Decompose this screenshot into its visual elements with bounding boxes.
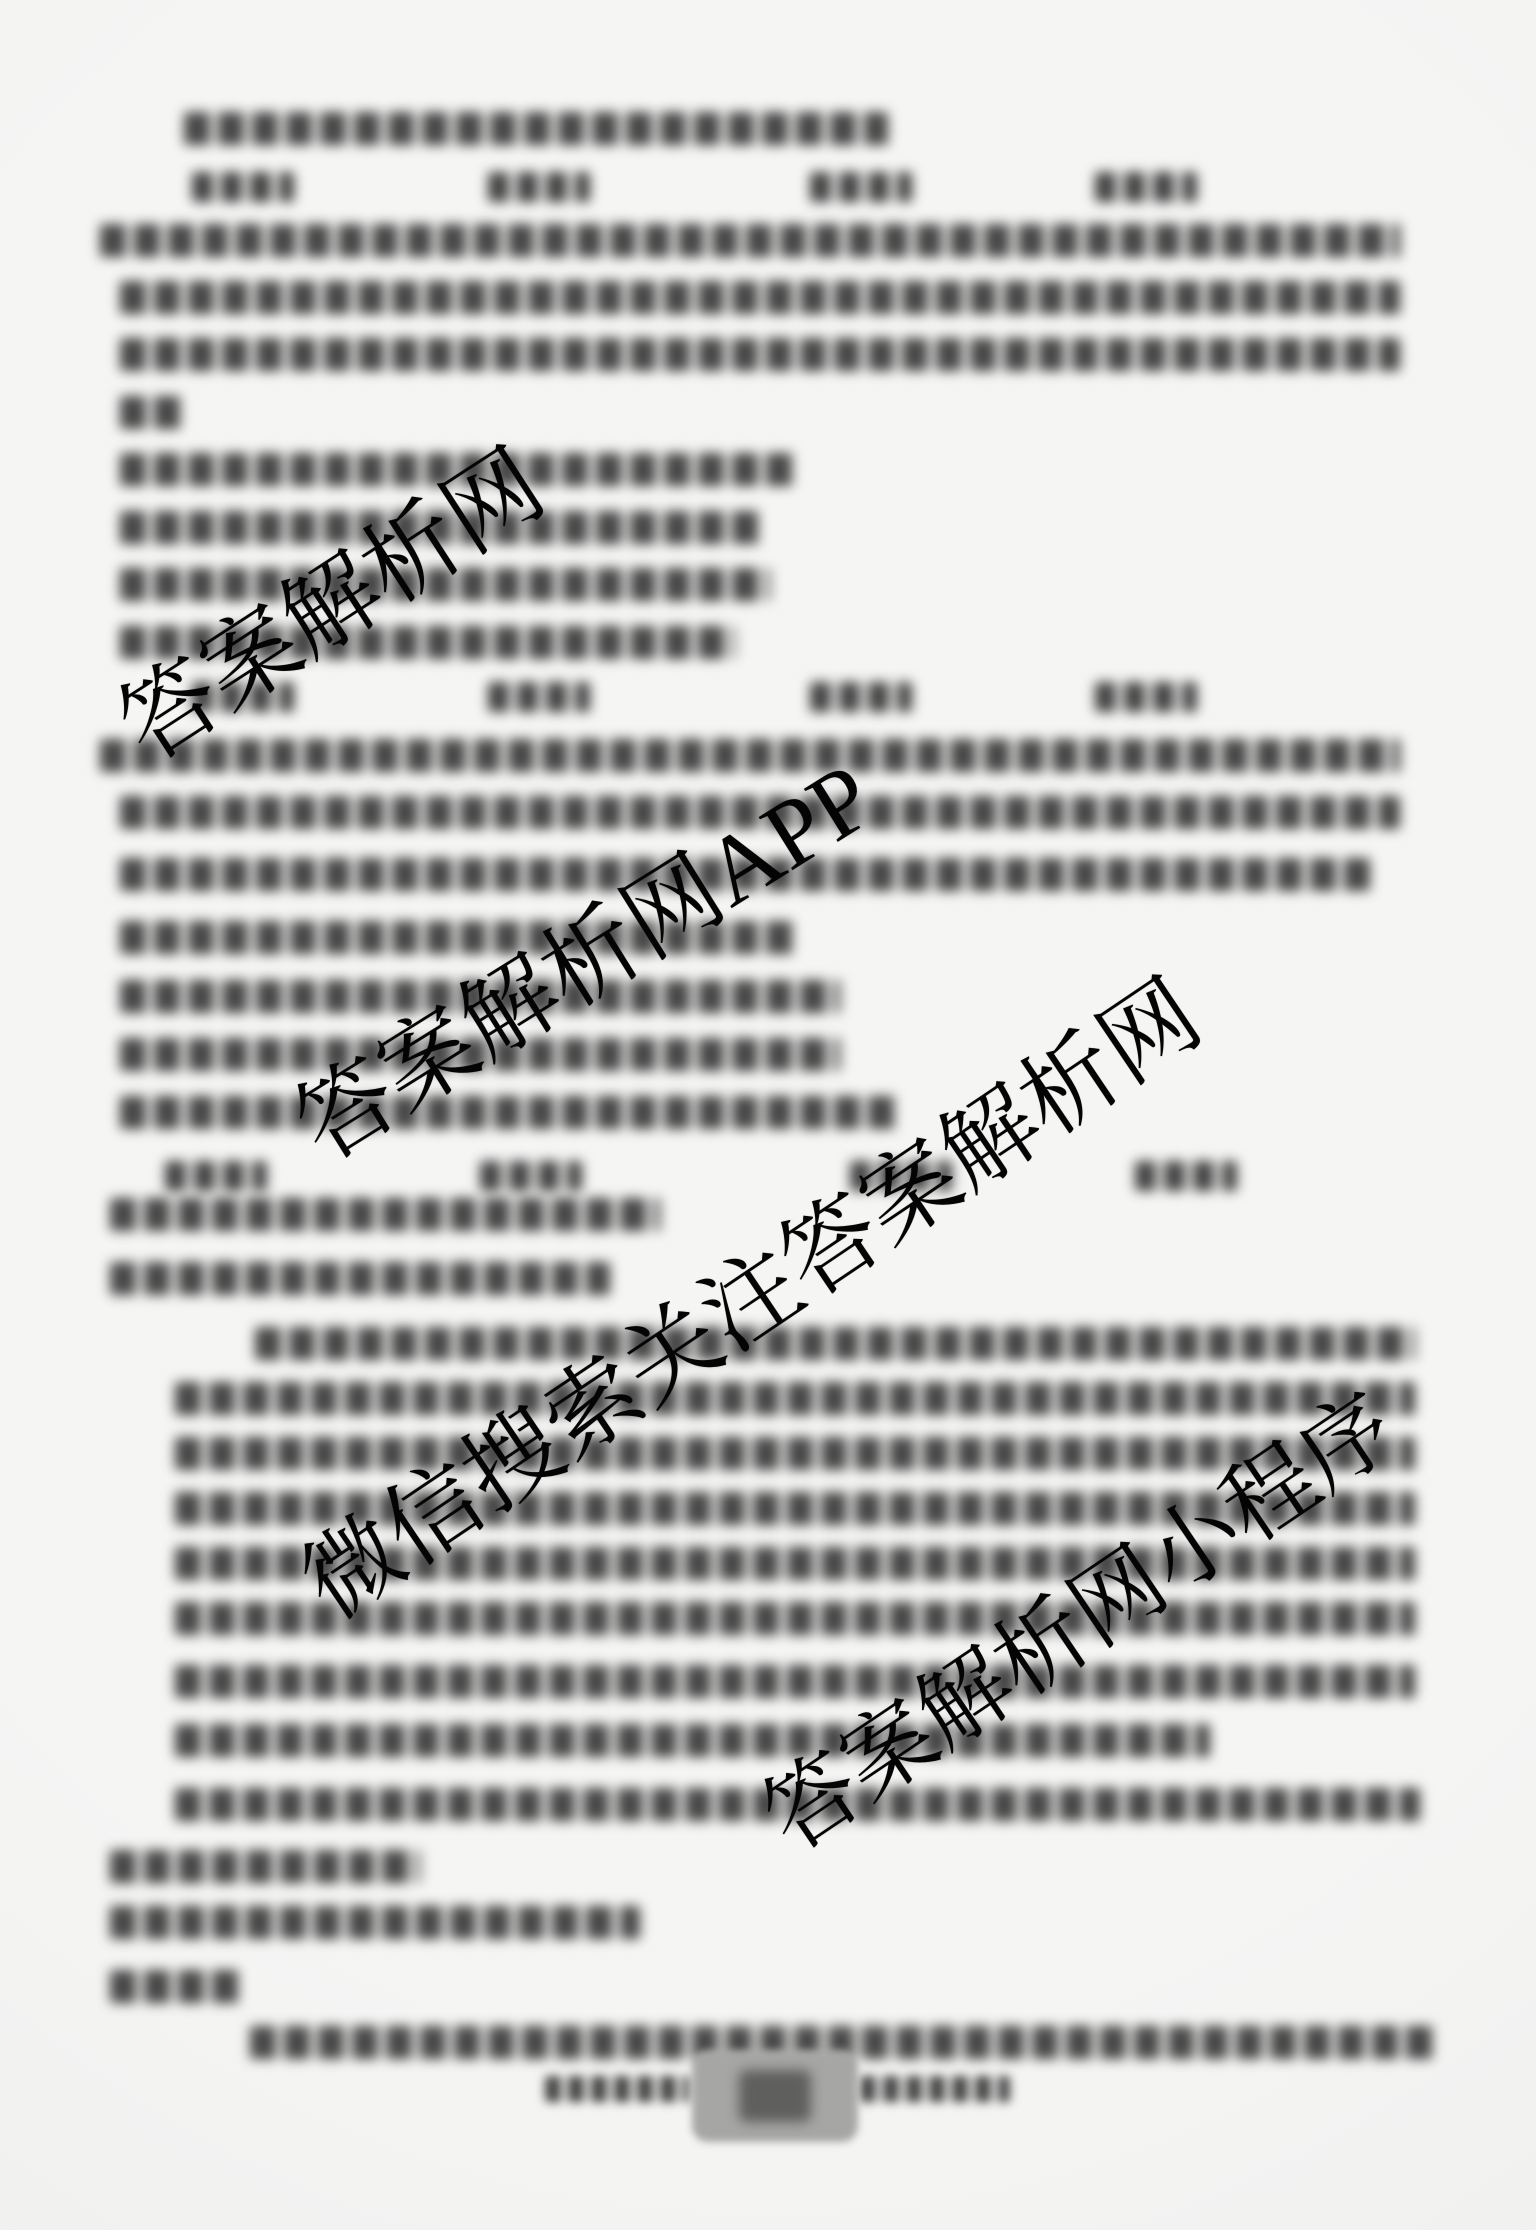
blurred-footer-text — [860, 2076, 1010, 2102]
blurred-option-group — [810, 682, 912, 712]
blurred-text-line — [110, 1970, 240, 2003]
blurred-text-line — [100, 224, 1400, 257]
blurred-option-group — [488, 682, 590, 712]
blurred-text-line — [120, 1096, 900, 1129]
blurred-option-group — [165, 1161, 267, 1191]
blurred-text-line — [120, 338, 1400, 371]
watermark-site: 答案解析网 — [105, 435, 560, 777]
exam-page-photo: 答案解析网答案解析网APP微信搜索关注答案解析网答案解析网小程序 — [0, 0, 1536, 2230]
blurred-text-line — [175, 1382, 1415, 1415]
blurred-text-line — [110, 1850, 420, 1883]
blurred-text-line — [184, 112, 888, 145]
blurred-option-group — [1095, 172, 1197, 202]
blurred-option-group — [810, 172, 912, 202]
blurred-option-group — [1095, 682, 1197, 712]
blurred-text-line — [175, 1665, 1415, 1698]
blurred-option-group — [480, 1161, 582, 1191]
blurred-text-line — [120, 396, 184, 429]
blurred-text-line — [100, 739, 1400, 772]
blurred-option-group — [192, 172, 294, 202]
blurred-text-line — [110, 1906, 640, 1939]
blurred-option-group — [1135, 1161, 1237, 1191]
blurred-text-line — [255, 1327, 1415, 1360]
blurred-option-group — [488, 172, 590, 202]
blurred-text-line — [175, 1724, 1210, 1757]
blurred-text-line — [120, 281, 1400, 314]
page-number-badge-digits — [739, 2070, 811, 2122]
blurred-text-line — [110, 1262, 610, 1295]
blurred-text-line — [110, 1198, 660, 1231]
blurred-footer-text — [545, 2076, 690, 2102]
